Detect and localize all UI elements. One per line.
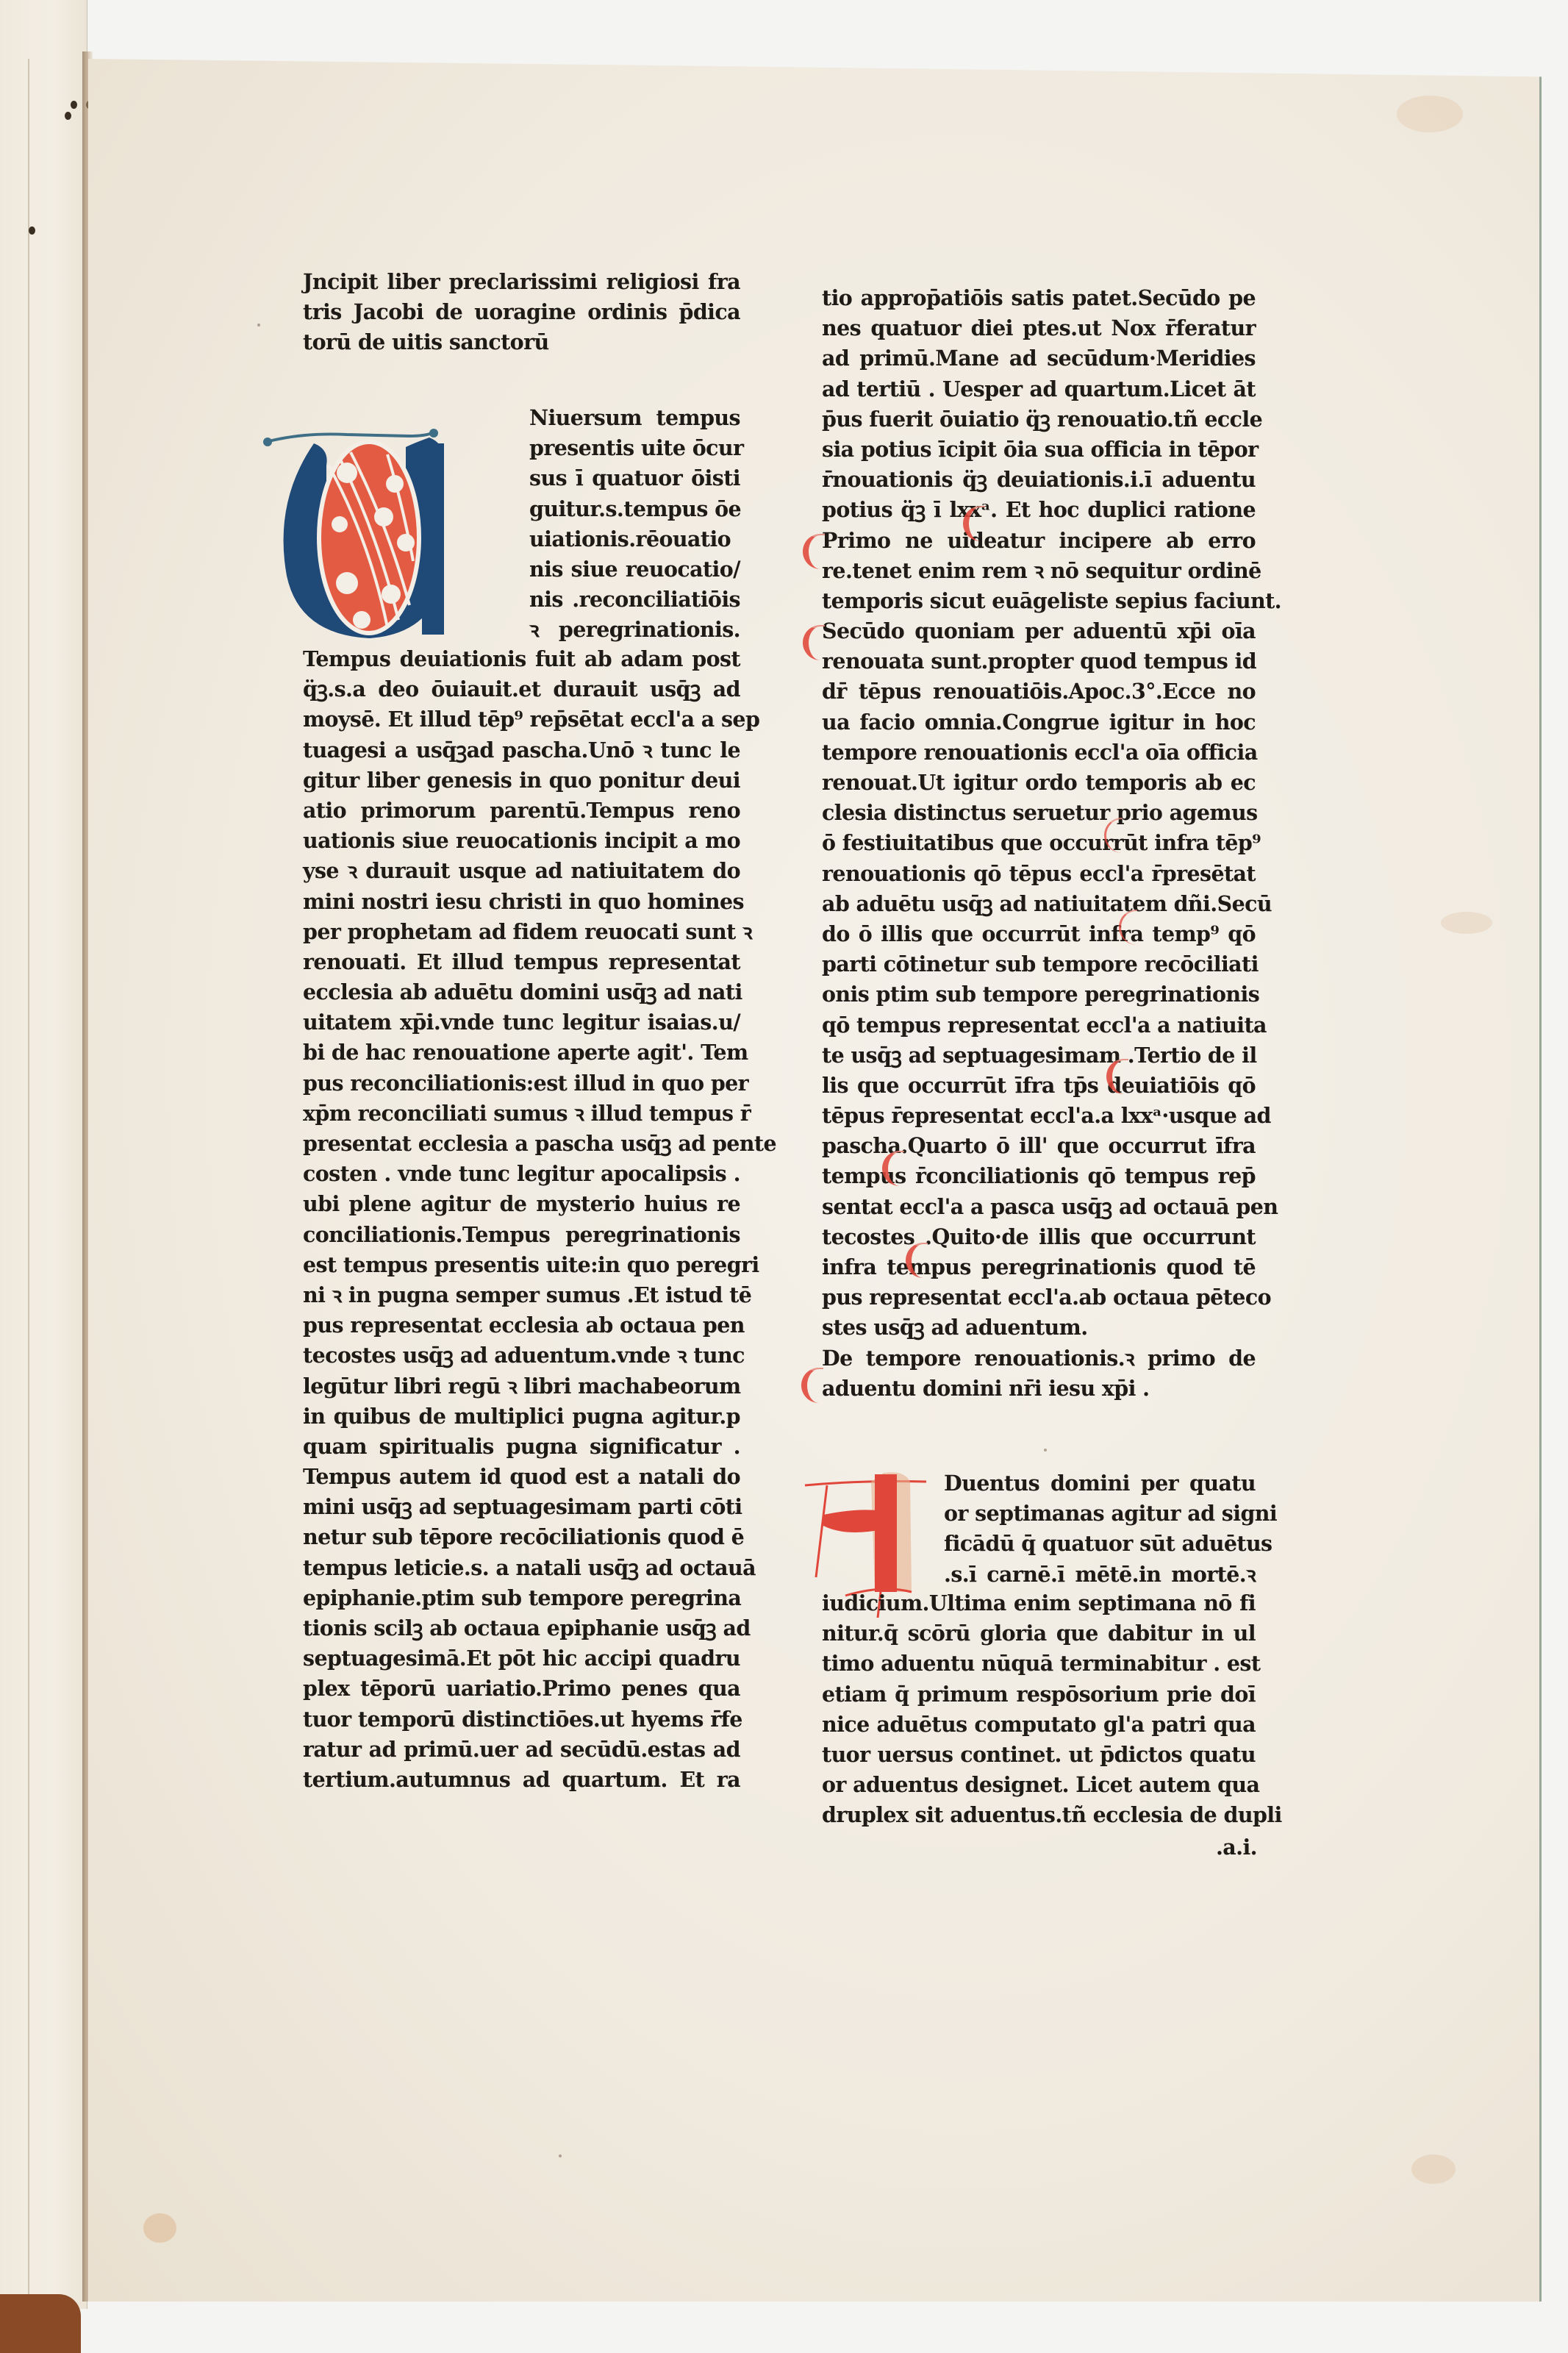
text-line: tuor uersus continet. ut p̄dictos quatu — [822, 1740, 1256, 1770]
text-line: nitur.q̄ scōrū gloria que dabitur in ul — [822, 1618, 1256, 1649]
incipit-heading: Jncipit liber preclarissimi religiosi fr… — [303, 267, 740, 358]
right-column-bottom-text: iudicium.Ultima enim septimana nō fi nit… — [822, 1588, 1256, 1831]
text-line: ꝛ peregrinationis. — [529, 615, 740, 645]
text-line: tecostes .Quito·de illis que occurrunt — [822, 1222, 1256, 1252]
text-line: or aduentus designet. Licet autem qua — [822, 1770, 1256, 1800]
text-line: temporis sicut euāgeliste sepius faciunt… — [822, 586, 1256, 616]
text-line: Secūdo quoniam per aduentū xp̄i oīa — [822, 616, 1256, 646]
text-line: presentat ecclesia a pascha usq̄ꝫ ad pen… — [303, 1129, 740, 1159]
text-line: ni ꝛ in pugna semper sumus .Et istud tē — [303, 1280, 740, 1310]
text-line: Tempus autem id quod est a natali do — [303, 1462, 740, 1492]
text-line: tuagesi a usq̄ꝫad pascha.Unō ꝛ tunc le — [303, 735, 740, 765]
text-line: Tempus deuiationis fuit ab adam post — [303, 644, 740, 674]
foxing-spot — [1044, 1449, 1047, 1452]
text-line: yse ꝛ durauit usque ad natiuitatem do — [303, 856, 740, 886]
text-line: sentat eccl'a a pasca usq̄ꝫ ad octauā pe… — [822, 1192, 1256, 1222]
text-line: costen . vnde tunc legitur apocalipsis . — [303, 1159, 740, 1189]
text-line: ubi plene agitur de mysterio huius re — [303, 1189, 740, 1219]
text-line: bi de hac renouatione aperte agit'. Tem — [303, 1038, 740, 1068]
text-line: te usq̄ꝫ ad septuagesimam .Tertio de il — [822, 1040, 1256, 1071]
foxing-spot — [559, 2154, 562, 2157]
text-line: tempore renouationis eccl'a oīa officia — [822, 738, 1256, 768]
wormhole — [65, 112, 71, 120]
text-line: uiationis.rēouatio — [529, 524, 740, 554]
text-line: pus reconciliationis:est illud in quo pe… — [303, 1068, 740, 1099]
text-line: tio approp̄atiōis satis patet.Secūdo pe — [822, 283, 1256, 313]
advent-indented-text: Duentus domini per quatu or septimanas a… — [944, 1468, 1256, 1590]
text-line: sus ī quatuor ōisti — [529, 463, 740, 493]
text-line: renouati. Et illud tempus representat — [303, 947, 740, 977]
text-line: onis ptim sub tempore peregrinationis — [822, 979, 1256, 1010]
text-line: est tempus presentis uite:in quo peregri — [303, 1250, 740, 1280]
text-line: Jncipit liber preclarissimi religiosi fr… — [303, 267, 740, 297]
text-line: p̄us fuerit ōuiatio q̈ꝫ renouatio.tñ ecc… — [822, 404, 1256, 435]
text-line: atio primorum parentū.Tempus reno — [303, 796, 740, 826]
chapter-heading-line: De tempore renouationis.ꝛ primo de — [822, 1343, 1256, 1374]
text-line: presentis uite ōcur — [529, 433, 740, 463]
text-line: tēpus r̄epresentat eccl'a.a lxxᵃ·usque a… — [822, 1101, 1256, 1131]
text-line: druplex sit aduentus.tñ ecclesia de dupl… — [822, 1800, 1256, 1830]
text-line: do ō illis que occurrūt infra temp⁹ qō — [822, 919, 1256, 949]
stain — [1397, 96, 1463, 132]
text-line: netur sub tēpore recōciliationis quod ē — [303, 1522, 740, 1552]
text-line: legūtur libri regū ꝛ libri machabeorum — [303, 1371, 740, 1402]
text-line: ō festiuitatibus que occurrūt infra tēp⁹ — [822, 828, 1256, 858]
text-line: lis que occurrūt īfra tp̄s deuiatiōis qō — [822, 1071, 1256, 1101]
text-line: infra tempus peregrinationis quod tē — [822, 1252, 1256, 1282]
text-line: tionis scilꝫ ab octaua epiphanie usq̄ꝫ a… — [303, 1613, 740, 1643]
text-line: tris Jacobi de uoragine ordinis p̄dica — [303, 297, 740, 327]
text-line: renouata sunt.propter quod tempus id — [822, 646, 1256, 676]
text-line: r̄nouationis q̈ꝫ deuiationis.i.ī aduentu — [822, 465, 1256, 495]
initial-indented-text: Niuersum tempus presentis uite ōcur sus … — [529, 403, 740, 646]
text-line: ad tertiū . Uesper ad quartum.Licet āt — [822, 374, 1256, 404]
wormhole — [71, 101, 77, 109]
text-line: ad primū.Mane ad secūdum·Meridies — [822, 343, 1256, 374]
text-line: renouat.Ut igitur ordo temporis ab ec — [822, 768, 1256, 798]
text-line: re.tenet enim rem ꝛ nō sequitur ordinē — [822, 556, 1256, 586]
text-line: gitur liber genesis in quo ponitur deui — [303, 765, 740, 796]
text-line: conciliationis.Tempus peregrinationis — [303, 1220, 740, 1250]
text-line: or septimanas agitur ad signi — [944, 1499, 1256, 1529]
text-line: tempus leticie.s. a natali usq̄ꝫ ad octa… — [303, 1553, 740, 1583]
text-line: Duentus domini per quatu — [944, 1468, 1256, 1499]
text-line: tertium.autumnus ad quartum. Et ra — [303, 1765, 740, 1795]
text-line: tuor temporū distinctiōes.ut hyems r̄fe — [303, 1704, 740, 1735]
right-column-text: tio approp̄atiōis satis patet.Secūdo pe … — [822, 283, 1256, 1404]
text-line: ab aduētu usq̄ꝫ ad natiuitatem dñi.Secū — [822, 889, 1256, 919]
text-line: in quibus de multiplici pugna agitur.p — [303, 1402, 740, 1432]
text-line: dr̄ tēpus renouatiōis.Apoc.3°.Ecce no — [822, 676, 1256, 707]
text-line: nice aduētus computato gl'a patri qua — [822, 1710, 1256, 1740]
text-line: potius q̈ꝫ ī lxxᵃ. Et hoc duplici ration… — [822, 495, 1256, 525]
text-line: q̈ꝫ.s.a deo ōuiauit.et durauit usq̄ꝫ ad — [303, 674, 740, 704]
signature-mark: .a.i. — [1206, 1832, 1257, 1863]
text-line: etiam q̄ primum respōsorium prie doī — [822, 1679, 1256, 1710]
foxing-spot — [257, 324, 260, 326]
flyleaf-crease — [28, 59, 29, 2294]
text-line: per prophetam ad fidem reuocati sunt ꝛ — [303, 917, 740, 947]
text-line: nis .reconciliatiōis — [529, 585, 740, 615]
text-line: tecostes usq̄ꝫ ad aduentum.vnde ꝛ tunc — [303, 1340, 740, 1371]
wormhole — [29, 226, 35, 235]
text-line: sia potius īcipit ōia sua officia in tēp… — [822, 435, 1256, 465]
text-line: mini usq̄ꝫ ad septuagesimam parti cōti — [303, 1492, 740, 1522]
text-line: xp̄m reconciliati sumus ꝛ illud tempus r… — [303, 1099, 740, 1129]
text-line: timo aduentu nūquā terminabitur . est — [822, 1649, 1256, 1679]
text-line: renouationis qō tēpus eccl'a r̄presētat — [822, 859, 1256, 889]
text-line: ua facio omnia.Congrue igitur in hoc — [822, 707, 1256, 738]
text-line: ecclesia ab aduētu domini usq̄ꝫ ad nati — [303, 977, 740, 1007]
stain — [1441, 912, 1492, 934]
text-line: Niuersum tempus — [529, 403, 740, 433]
text-line: moysē. Et illud tēp⁹ rep̄sētat eccl'a a … — [303, 704, 740, 735]
text-line: septuagesimā.Et pōt hic accipi quadru — [303, 1643, 740, 1674]
text-line: ficādū q̄ quatuor sūt aduētus — [944, 1529, 1256, 1559]
text-line: uationis siue reuocationis incipit a mo — [303, 826, 740, 856]
text-line: stes usq̄ꝫ ad aduentum. — [822, 1313, 1256, 1343]
text-line: parti cōtinetur sub tempore recōciliati — [822, 949, 1256, 979]
text-line: ratur ad primū.uer ad secūdū.estas ad — [303, 1735, 740, 1765]
chapter-heading-line: aduentu domini nr̄i iesu xp̄i . — [822, 1374, 1256, 1404]
text-line: .s.ī carnē.ī mētē.in mortē.ꝛ — [944, 1560, 1256, 1590]
text-line: epiphanie.ptim sub tempore peregrina — [303, 1583, 740, 1613]
text-line: Primo ne uideatur incipere ab erro — [822, 526, 1256, 556]
text-line: pus representat ecclesia ab octaua pen — [303, 1310, 740, 1340]
text-line: guitur.s.tempus ōe — [529, 494, 740, 524]
text-line: torū de uitis sanctorū — [303, 327, 740, 357]
text-line: pus representat eccl'a.ab octaua pēteco — [822, 1282, 1256, 1313]
flyleaf — [0, 0, 87, 2309]
text-line: quam spiritualis pugna significatur . — [303, 1432, 740, 1462]
text-line: uitatem xp̄i.vnde tunc legitur isaias.u/ — [303, 1007, 740, 1038]
text-line: nes quatuor diei ptes.ut Nox r̄feratur — [822, 313, 1256, 343]
text-line: clesia distinctus seruetur prio agemus — [822, 798, 1256, 828]
illuminated-initial-u-icon — [259, 414, 494, 649]
binding-leather — [0, 2294, 81, 2353]
stain — [1411, 2154, 1456, 2184]
stain — [143, 2213, 176, 2243]
text-line: nis siue reuocatio/ — [529, 554, 740, 585]
text-line: qō tempus representat eccl'a a natiuita — [822, 1010, 1256, 1040]
text-line: iudicium.Ultima enim septimana nō fi — [822, 1588, 1256, 1618]
text-line: mini nostri iesu christi in quo homines — [303, 887, 740, 917]
text-line: plex tēporū uariatio.Primo penes qua — [303, 1674, 740, 1704]
left-column-text: Tempus deuiationis fuit ab adam post q̈ꝫ… — [303, 644, 740, 1795]
